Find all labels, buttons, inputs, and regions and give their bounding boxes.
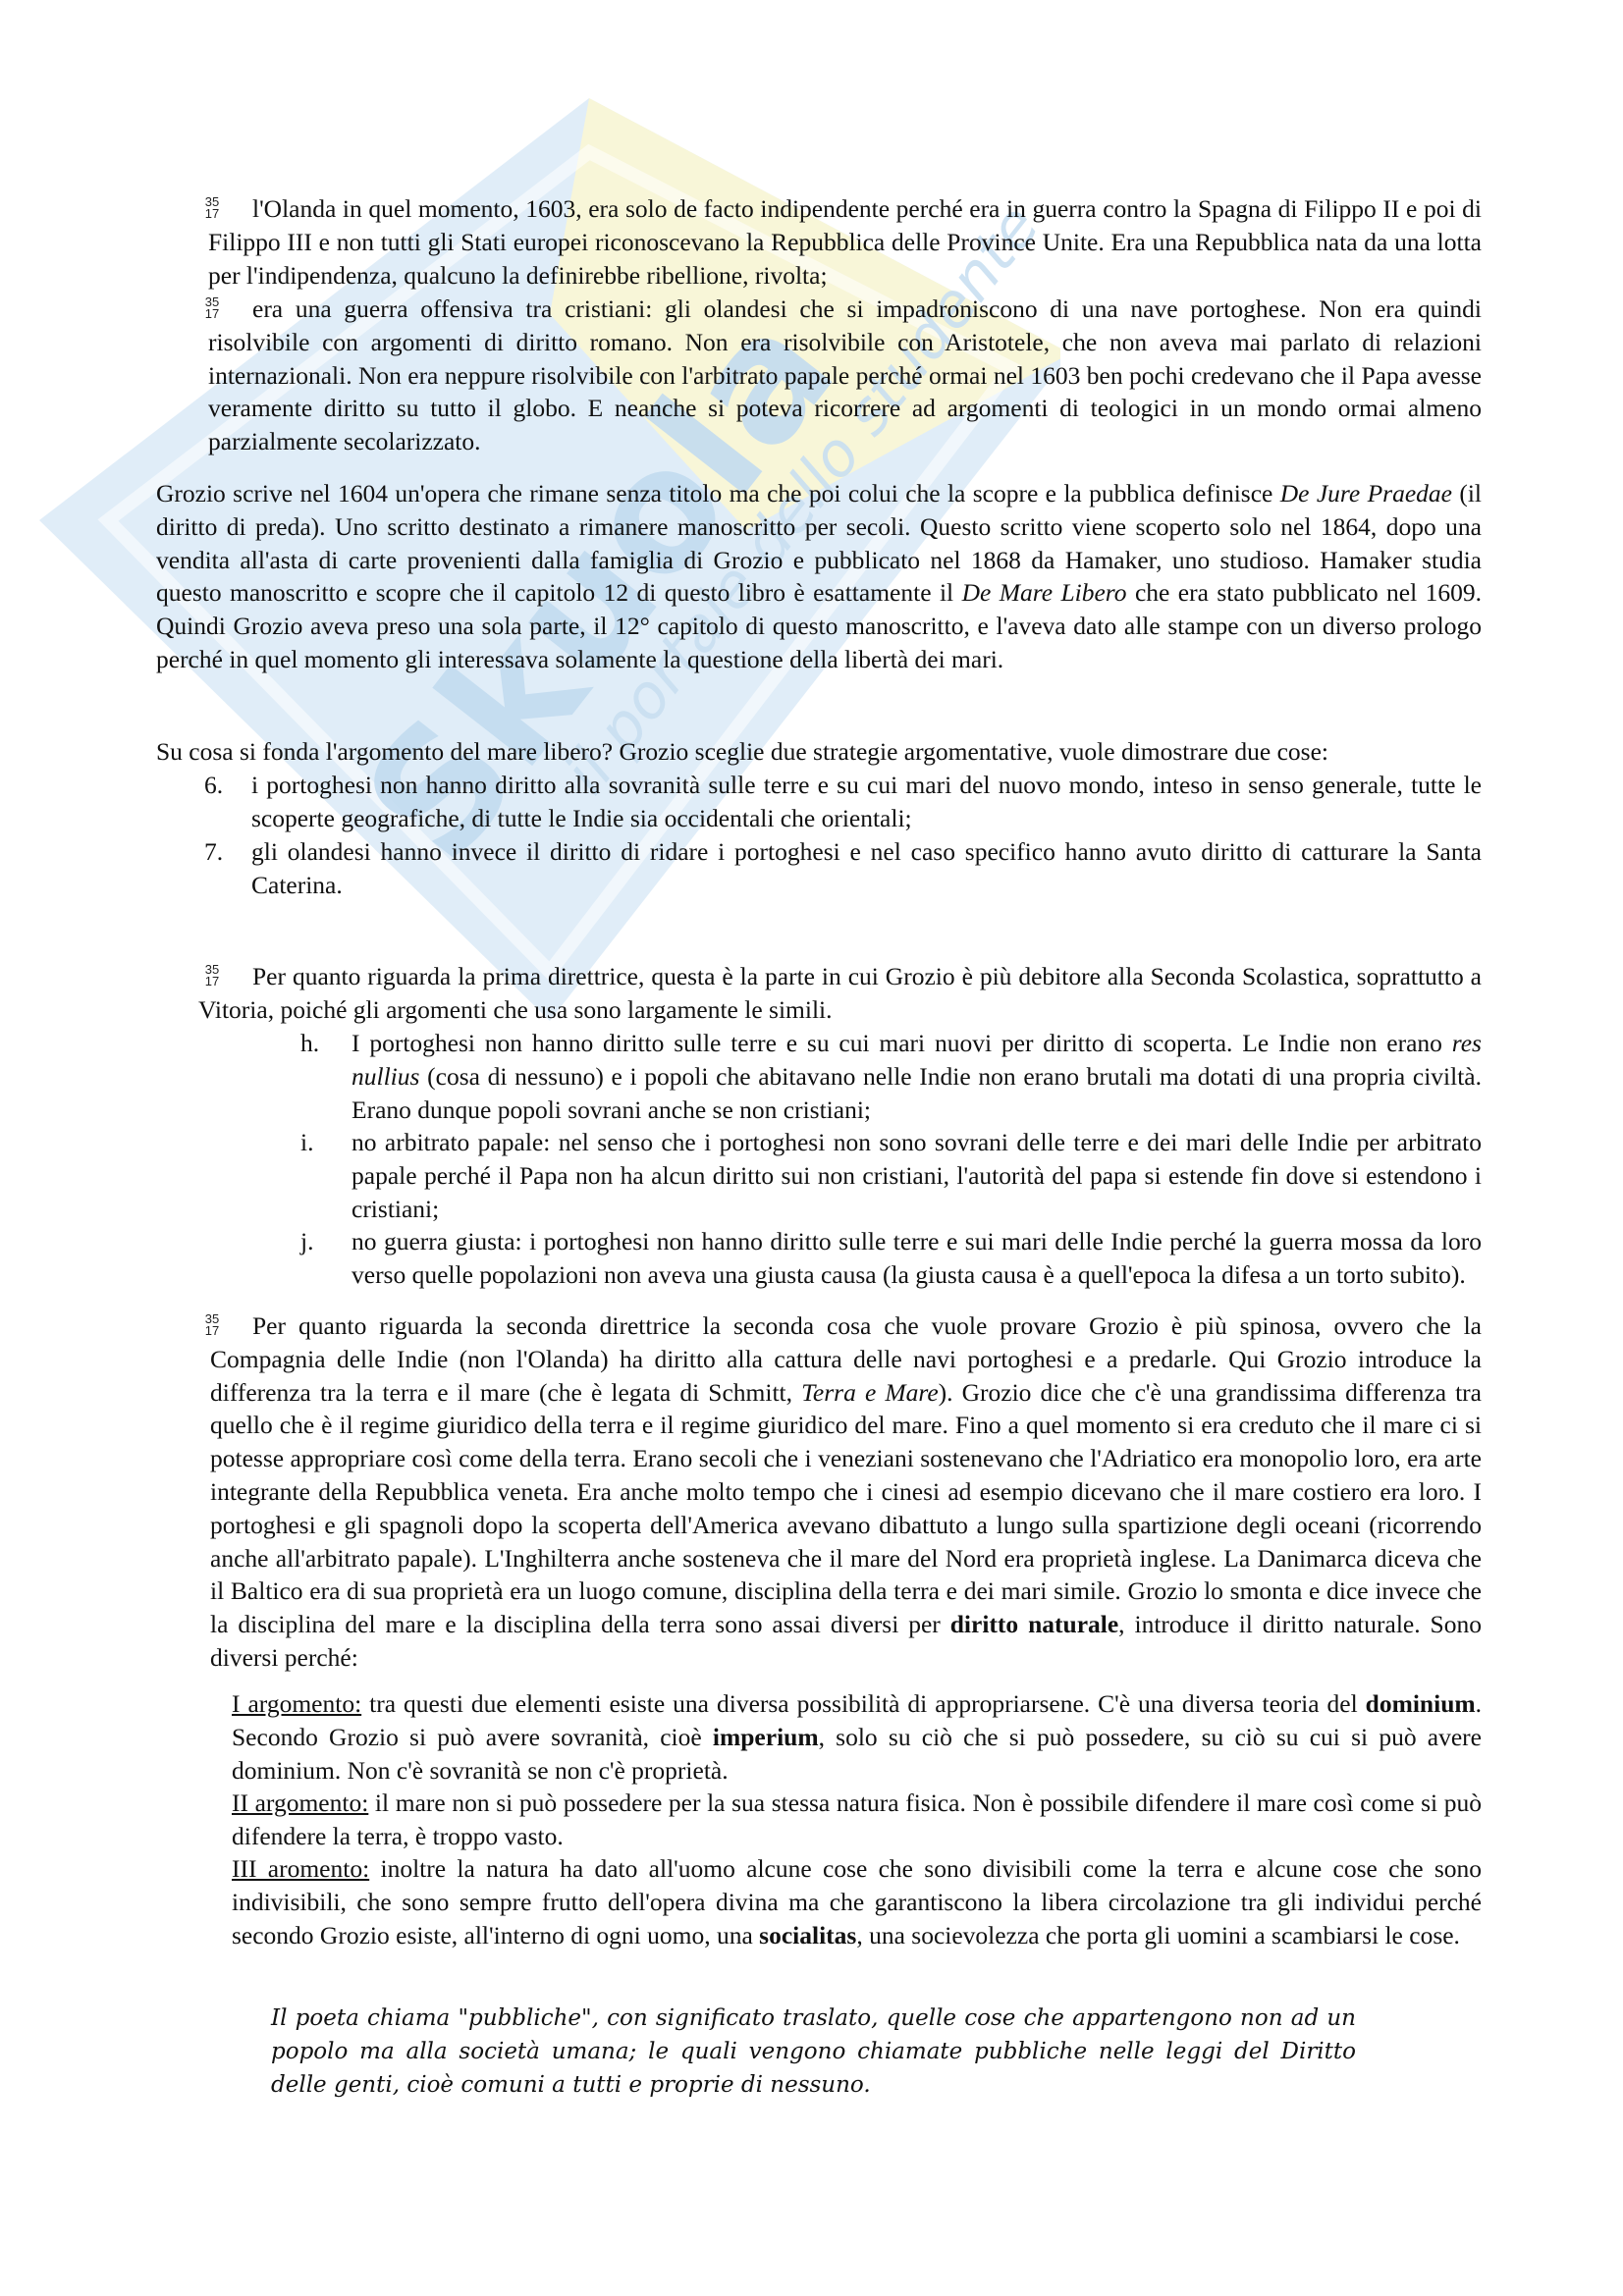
paragraph-seconda-direttrice: Per quanto riguarda la seconda direttric… xyxy=(210,1309,1482,1675)
list-item-text: gli olandesi hanno invece il diritto di … xyxy=(251,835,1482,902)
footnote-text: era una guerra offensiva tra cristiani: … xyxy=(208,293,1482,458)
list-letter: h. xyxy=(300,1027,319,1060)
argomento-3: III aromento: inoltre la natura ha dato … xyxy=(232,1852,1482,1951)
list-item-diritto-scoperta: I portoghesi non hanno diritto sulle ter… xyxy=(352,1027,1482,1126)
book-title-de-mare-libero: De Mare Libero xyxy=(962,578,1127,607)
footnote-item-guerra: era una guerra offensiva tra cristiani: … xyxy=(208,293,1482,458)
document-page: 35 17 l'Olanda in quel momento, 1603, er… xyxy=(0,0,1623,2296)
term-dominium: dominium xyxy=(1366,1689,1476,1718)
footnote-text: l'Olanda in quel momento, 1603, era solo… xyxy=(208,192,1482,292)
list-item-text: (cosa di nessuno) e i popoli che abitava… xyxy=(352,1062,1482,1124)
argomento-label: I argomento: xyxy=(232,1689,361,1718)
list-number: 6. xyxy=(204,769,223,802)
book-title-de-jure-praedae: De Jure Praedae xyxy=(1280,479,1452,507)
list-letter: j. xyxy=(300,1225,313,1258)
paragraph-text: Per quanto riguarda la prima direttrice,… xyxy=(198,960,1482,1027)
paragraph-text: ). Grozio dice che c'è una grandissima d… xyxy=(210,1378,1482,1639)
paragraph-mare-libero-intro: Su cosa si fonda l'argomento del mare li… xyxy=(156,735,1482,769)
argomento-1: I argomento: tra questi due elementi esi… xyxy=(232,1687,1482,1787)
argomento-label: II argomento: xyxy=(232,1789,368,1817)
list-item-guerra-giusta: no guerra giusta: i portoghesi non hanno… xyxy=(352,1225,1482,1292)
list-item-text: I portoghesi non hanno diritto sulle ter… xyxy=(352,1029,1452,1057)
argomento-text: tra questi due elementi esiste una diver… xyxy=(361,1689,1366,1718)
argomento-label: III aromento: xyxy=(232,1854,369,1883)
paragraph-prima-direttrice: Per quanto riguarda la prima direttrice,… xyxy=(198,960,1482,1027)
list-item-text: i portoghesi non hanno diritto alla sovr… xyxy=(251,769,1482,835)
argomento-text: il mare non si può possedere per la sua … xyxy=(232,1789,1482,1850)
term-socialitas: socialitas xyxy=(759,1921,856,1949)
list-item-arbitrato-papale: no arbitrato papale: nel senso che i por… xyxy=(352,1126,1482,1225)
paragraph-text: Grozio scrive nel 1604 un'opera che rima… xyxy=(156,479,1280,507)
block-quote: Il poeta chiama "pubbliche", con signifi… xyxy=(271,2002,1356,2102)
list-number: 7. xyxy=(204,835,223,869)
term-imperium: imperium xyxy=(713,1723,819,1751)
book-title-terra-e-mare: Terra e Mare xyxy=(801,1378,939,1407)
term-diritto-naturale: diritto naturale xyxy=(950,1610,1118,1638)
argomento-text: , una socievolezza che porta gli uomini … xyxy=(856,1921,1460,1949)
argomento-2: II argomento: il mare non si può possede… xyxy=(232,1787,1482,1853)
footnote-item-olanda: l'Olanda in quel momento, 1603, era solo… xyxy=(208,192,1482,292)
quote-text: Il poeta chiama "pubbliche", con signifi… xyxy=(271,2002,1356,2102)
list-item-text: no arbitrato papale: nel senso che i por… xyxy=(352,1126,1482,1225)
paragraph-de-jure-praedae: Grozio scrive nel 1604 un'opera che rima… xyxy=(156,477,1482,676)
list-item: gli olandesi hanno invece il diritto di … xyxy=(251,835,1482,902)
list-letter: i. xyxy=(300,1126,313,1159)
list-item: i portoghesi non hanno diritto alla sovr… xyxy=(251,769,1482,835)
list-item-text: no guerra giusta: i portoghesi non hanno… xyxy=(352,1225,1482,1292)
paragraph-text: Su cosa si fonda l'argomento del mare li… xyxy=(156,735,1482,769)
